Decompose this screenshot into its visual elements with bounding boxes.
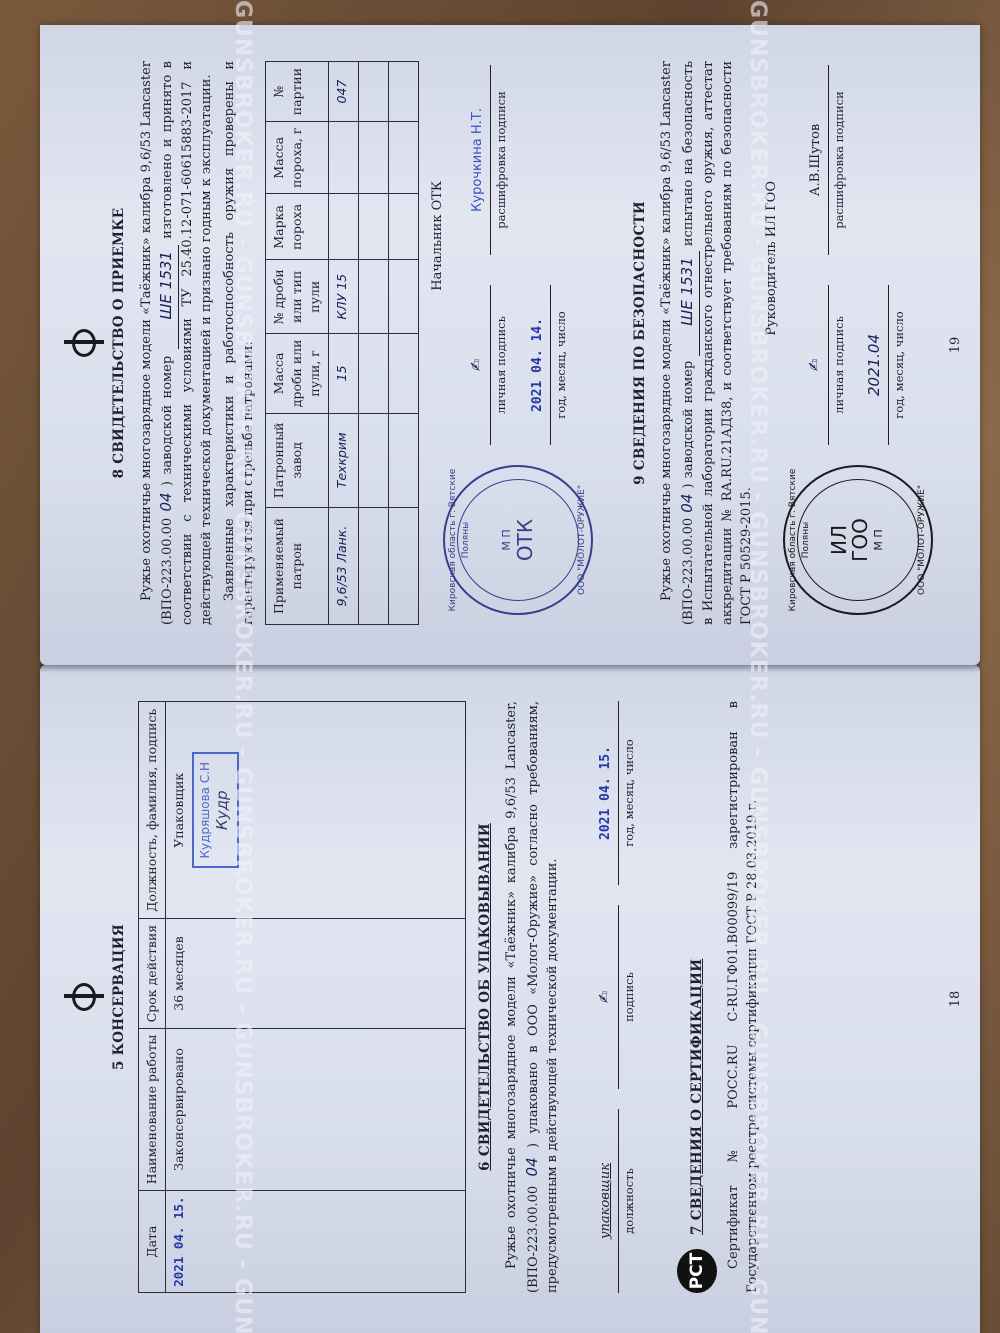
- col-shot-type: № дроби или тип пули: [265, 260, 328, 334]
- conservation-work: Законсервировано: [171, 1048, 186, 1171]
- table-row: 2021 04. 15. Законсервировано 36 месяцев…: [165, 702, 465, 1293]
- table-row: [388, 62, 418, 625]
- packer-signature: ✍: [594, 905, 616, 1089]
- cell: [358, 194, 388, 260]
- table-row: [358, 62, 388, 625]
- cell: 9,6/53 Ланк.: [328, 508, 358, 625]
- otk-signature-caption: личная подпись: [493, 285, 510, 445]
- page-number: 19: [947, 25, 966, 665]
- col-cartridge: Применяемый патрон: [265, 508, 328, 625]
- section-6-title: 6 СВИДЕТЕЛЬСТВО ОБ УПАКОВЫВАНИИ: [476, 701, 496, 1293]
- conservation-date: 2021 04. 15.: [171, 1196, 186, 1286]
- cell: КЛУ 15: [328, 260, 358, 334]
- molot-logo-icon: [64, 977, 104, 1017]
- acceptance-statement: Ружье охотничье многозарядное модели «Та…: [138, 61, 217, 625]
- stamp-core: ОТК: [515, 519, 536, 561]
- cell: [358, 122, 388, 194]
- acceptance-variant: 04: [157, 492, 175, 511]
- stamp-mp: М П: [499, 529, 515, 550]
- cartridge-table: Применяемый патрон Патронный завод Масса…: [265, 61, 419, 625]
- lab-date: 2021.04: [864, 285, 886, 445]
- stamp-ring-top: Кировская область г. Вятские Поляны: [447, 467, 473, 613]
- stamp-mp: М П: [871, 529, 887, 550]
- col-shot-mass: Масса дроби или пули, г: [265, 334, 328, 414]
- conservation-table: Дата Наименование работы Срок действия Д…: [138, 701, 466, 1293]
- position-caption: должность: [621, 1109, 638, 1293]
- col-date: Дата: [138, 1191, 165, 1293]
- cell: [358, 334, 388, 414]
- section-7-title: 7 СВЕДЕНИЯ О СЕРТИФИКАЦИИ: [688, 959, 708, 1235]
- cell: [388, 413, 418, 507]
- packer-position-value: упаковщик: [597, 1109, 616, 1293]
- stamp-ring-top: Кировская область г. Вятские Поляны: [787, 467, 813, 613]
- lab-signature-caption: личная подпись: [831, 285, 848, 445]
- lab-decode: А.В.Шутов: [807, 65, 826, 255]
- cell: [388, 508, 418, 625]
- cell: 047: [328, 62, 358, 122]
- cell: [358, 508, 388, 625]
- otk-round-stamp: Кировская область г. Вятские Поляны М П …: [443, 465, 593, 615]
- safety-variant: 04: [678, 494, 696, 513]
- lab-head-signature: ✍: [804, 285, 826, 445]
- stamp-ring-bottom: ООО "МОЛОТ-ОРУЖИЕ": [576, 467, 589, 613]
- open-passport-booklet: 5 КОНСЕРВАЦИЯ Дата Наименование работы С…: [0, 0, 1000, 1333]
- stamp-core-1: ИЛ: [829, 525, 850, 555]
- section-5-title: 5 КОНСЕРВАЦИЯ: [110, 701, 130, 1293]
- lab-head-block: Руководитель ИЛ ГОО Кировская область г.…: [763, 61, 963, 625]
- col-batch: № партии: [265, 62, 328, 122]
- acceptance-text-2: ) заводской номер: [160, 356, 175, 486]
- cell: [328, 194, 358, 260]
- signature-caption: подпись: [621, 905, 638, 1089]
- stamp-core-2: ГОО: [850, 518, 871, 562]
- packing-variant: 04: [523, 1157, 541, 1176]
- signer-position: Упаковщик: [170, 706, 188, 914]
- otk-date: 2021 04. 14.: [529, 285, 548, 445]
- cell: [358, 413, 388, 507]
- serial-number: ШЕ 1531: [156, 245, 179, 349]
- col-work: Наименование работы: [138, 1028, 165, 1191]
- otk-decode: Курочкина Н.Т.: [469, 65, 488, 255]
- otk-block: Начальник ОТК Кировская область г. Вятск…: [429, 61, 629, 625]
- cell: [358, 62, 388, 122]
- stamp-ring-bottom: ООО "МОЛОТ-ОРУЖИЕ": [916, 467, 929, 613]
- packing-statement: Ружье охотничье многозарядное модели «Та…: [503, 701, 563, 1293]
- packing-date: 2021 04. 15.: [597, 701, 616, 885]
- watermark-band: GUNSBROKER.RU - GUNSBROKER.RU - GUNSBROK…: [225, 0, 255, 1333]
- page-18: 5 КОНСЕРВАЦИЯ Дата Наименование работы С…: [40, 665, 980, 1333]
- table-row: 9,6/53 Ланк. Техкрим 15 КЛУ 15 047: [328, 62, 358, 625]
- col-powder-brand: Марка пороха: [265, 194, 328, 260]
- lab-date-caption: год, месяц, число: [891, 285, 908, 445]
- cell: 15: [328, 334, 358, 414]
- conservation-validity: 36 месяцев: [171, 936, 186, 1010]
- lab-decode-caption: расшифровка подписи: [831, 65, 848, 255]
- cell: [358, 260, 388, 334]
- molot-logo-icon: [64, 323, 104, 363]
- pct-certification-logo-icon: РСТ: [677, 1249, 717, 1293]
- otk-signature: ✍: [466, 285, 488, 445]
- col-signer: Должность, фамилия, подпись: [138, 702, 165, 919]
- col-factory: Патронный завод: [265, 413, 328, 507]
- cell: [388, 122, 418, 194]
- col-validity: Срок действия: [138, 919, 165, 1028]
- otk-date-caption: год, месяц, число: [553, 285, 570, 445]
- page-19: 8 СВИДЕТЕЛЬСТВО О ПРИЕМКЕ Ружье охотничь…: [40, 25, 980, 665]
- watermark-band: GUNSBROKER.RU - GUNSBROKER.RU - GUNSBROK…: [740, 0, 770, 1333]
- certification-header: РСТ 7 СВЕДЕНИЯ О СЕРТИФИКАЦИИ: [677, 701, 717, 1293]
- section-9-title: 9 СВЕДЕНИЯ ПО БЕЗОПАСНОСТИ: [631, 61, 651, 625]
- date-caption: год, месяц, число: [621, 701, 638, 885]
- cell: [388, 194, 418, 260]
- safety-text-2: ) заводской номер: [681, 361, 696, 489]
- packing-signatures: упаковщик должность ✍ подпись 2021 04. 1…: [593, 701, 638, 1293]
- col-powder-mass: Масса пороха, г: [265, 122, 328, 194]
- otk-decode-caption: расшифровка подписи: [493, 65, 510, 255]
- safety-serial-number: ШЕ 1531: [677, 251, 700, 355]
- cell: Техкрим: [328, 413, 358, 507]
- cell: [388, 334, 418, 414]
- lab-round-stamp: Кировская область г. Вятские Поляны ИЛ Г…: [783, 465, 933, 615]
- cell: [388, 260, 418, 334]
- cell: [328, 122, 358, 194]
- photo-stage: 5 КОНСЕРВАЦИЯ Дата Наименование работы С…: [0, 0, 1000, 1333]
- signer-name: Кудряшова С.Н: [198, 762, 214, 859]
- section-8-title: 8 СВИДЕТЕЛЬСТВО О ПРИЕМКЕ: [110, 61, 130, 625]
- page-number: 18: [947, 665, 966, 1333]
- cell: [388, 62, 418, 122]
